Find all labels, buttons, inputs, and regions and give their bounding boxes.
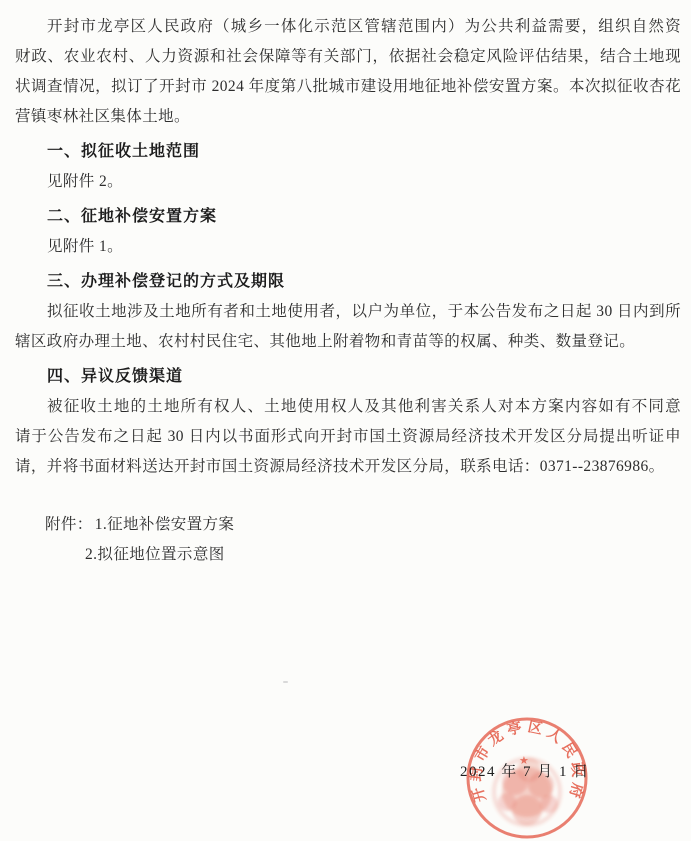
document-body: 开封市龙亭区人民政府（城乡一体化示范区管辖范围内）为公共利益需要，组织自然资源、… (15, 12, 681, 570)
section-body-1: 见附件 2。 (15, 167, 681, 197)
issue-date: 2024 年 7 月 1 日 (460, 760, 590, 781)
attachment-item-1: 1.征地补偿安置方案 (95, 516, 235, 533)
section-heading-4: 四、异议反馈渠道 (15, 362, 681, 392)
section-body-3: 拟征收土地涉及土地所有者和土地使用者，以户为单位，于本公告发布之日起 30 日内… (15, 297, 681, 357)
section-body-4: 被征收土地的土地所有权人、土地使用权人及其他利害关系人对本方案内容如有不同意见，… (15, 392, 681, 482)
attachment-item-2: 2.拟征地位置示意图 (15, 540, 681, 570)
text-line: 开封市龙亭区人民政府（城乡一体化示范区管辖范围内）为公共利益需要，组织自然资源、 (15, 12, 681, 42)
section-heading-2: 二、征地补偿安置方案 (15, 202, 681, 232)
text-line: 辖区政府办理土地、农村村民住宅、其他地上附着物和青苗等的权属、种类、数量登记。 (15, 327, 681, 357)
attachments-label: 附件： (45, 516, 93, 533)
scan-artifact (283, 681, 288, 683)
text-line: 状调查情况，拟订了开封市 2024 年度第八批城市建设用地征地补偿安置方案。本次… (15, 72, 681, 102)
section-heading-3: 三、办理补偿登记的方式及期限 (15, 267, 681, 297)
text-line: 被征收土地的土地所有权人、土地使用权人及其他利害关系人对本方案内容如有不同意见， (15, 392, 681, 422)
scanned-notice-page: 开封市龙亭区人民政府（城乡一体化示范区管辖范围内）为公共利益需要，组织自然资源、… (0, 0, 691, 841)
text-line: 请于公告发布之日起 30 日内以书面形式向开封市国土资源局经济技术开发区分局提出… (15, 422, 681, 452)
text-line: 请，并将书面材料送达开封市国土资源局经济技术开发区分局，联系电话：0371--2… (15, 452, 681, 482)
intro-paragraph: 开封市龙亭区人民政府（城乡一体化示范区管辖范围内）为公共利益需要，组织自然资源、… (15, 12, 681, 132)
text-line: 财政、农业农村、人力资源和社会保障等有关部门，依据社会稳定风险评估结果，结合土地… (15, 42, 681, 72)
section-body-2: 见附件 1。 (15, 232, 681, 262)
section-heading-1: 一、拟征收土地范围 (15, 137, 681, 167)
attachment-line-1: 附件：1.征地补偿安置方案 (15, 510, 681, 540)
text-line: 拟征收土地涉及土地所有者和土地使用者，以户为单位，于本公告发布之日起 30 日内… (15, 297, 681, 327)
attachments-block: 附件：1.征地补偿安置方案 2.拟征地位置示意图 (15, 510, 681, 570)
text-line: 营镇枣林社区集体土地。 (15, 102, 681, 132)
